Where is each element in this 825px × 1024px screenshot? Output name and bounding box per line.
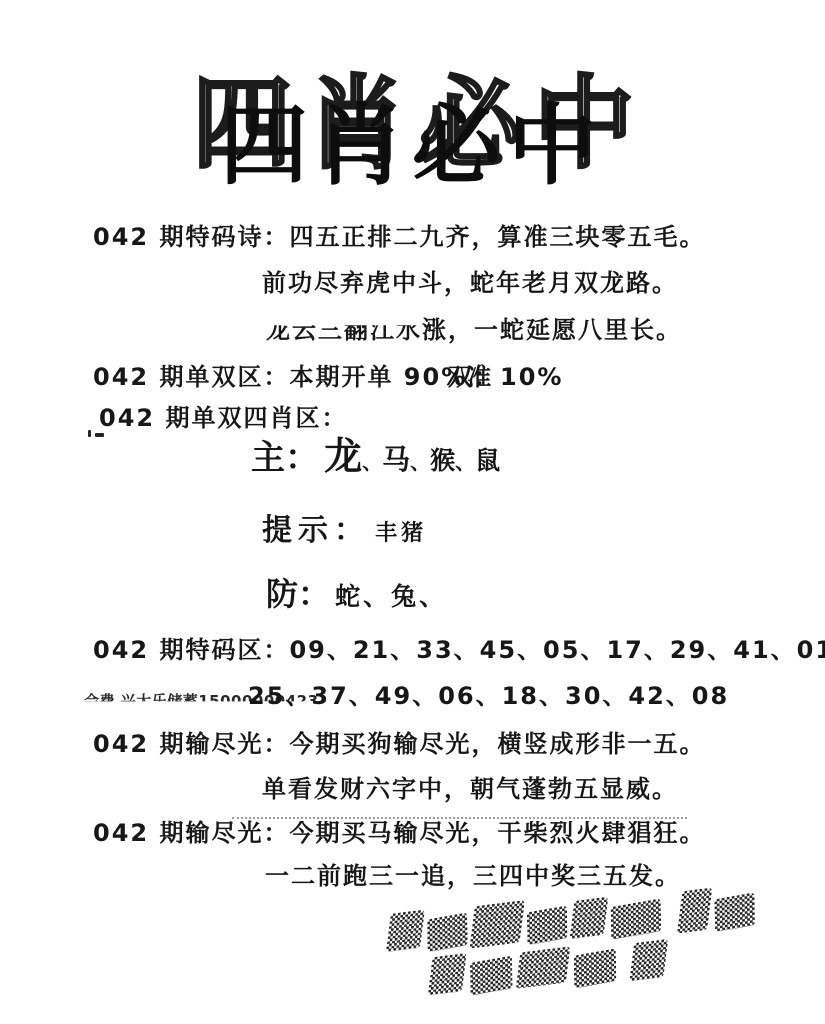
censored-chunk — [428, 953, 467, 996]
special-numbers-clear: 09、21、33、45、 — [289, 636, 543, 664]
guard-value: 蛇、兔、 — [335, 582, 447, 611]
zhu-animal-dragon: 龙 — [324, 434, 362, 478]
tip-sheet-page: 四肖必中 四肖必中 042 期特码诗：四五正排二九齐，算准三块零五毛。 前功尽弃… — [0, 0, 825, 1024]
zhu-sep-3: 、 — [455, 450, 475, 474]
special-number-line-1: 042 期特码区：09、21、33、45、05、17、29、41、01、13、 — [93, 635, 825, 665]
censored-chunk — [427, 912, 468, 952]
zhu-animal-monkey: 猴 — [430, 446, 455, 475]
four-zodiac-label: 042 期单双四肖区： — [99, 403, 347, 433]
poem-line-2: 前功尽弃虎中斗，蛇年老月双龙路。 — [262, 268, 678, 298]
zhu-sep-2: 、 — [410, 450, 430, 474]
censored-chunk — [469, 900, 525, 949]
censored-chunk — [386, 910, 425, 953]
hint-label: 提示： — [262, 513, 370, 548]
losing-poem-2-verse-1: 今期买马输尽光，干柴烈火肆猖狂。 — [289, 818, 705, 848]
guard-label: 防： — [266, 575, 330, 613]
censored-chunk — [470, 955, 513, 995]
special-number-line-2: 25、37、49、06、18、30、42、08 — [248, 681, 729, 711]
poem-line-1: 042 期特码诗：四五正排二九齐，算准三块零五毛。 — [93, 222, 705, 252]
censored-text-block-1 — [387, 885, 761, 953]
odd-even-label: 042 期单双区： — [93, 363, 289, 391]
censored-chunk — [574, 948, 617, 988]
zhu-sep-1: 、 — [362, 450, 382, 474]
censored-chunk — [516, 946, 571, 988]
poem-verse-3-faded: 龙云三翻江水 — [266, 315, 422, 345]
censored-chunk — [677, 888, 712, 934]
poem-verse-3-rest: 涨，一蛇延愿八里长。 — [422, 316, 682, 344]
poem-line-3: 龙云三翻江水涨，一蛇延愿八里长。 — [266, 315, 682, 345]
poem-verse-2: 前功尽弃虎中斗，蛇年老月双龙路。 — [262, 269, 678, 297]
losing-poem-2-label: 042 期输尽光： — [93, 819, 289, 847]
losing-poem-1-line-1: 042 期输尽光：今期买狗输尽光，横竖成形非一五。 — [93, 729, 705, 759]
guard-line: 防： 蛇、兔、 — [266, 578, 447, 610]
censored-chunk — [569, 897, 608, 940]
censored-chunk — [714, 892, 755, 932]
censored-chunk — [527, 905, 568, 945]
poem-verse-1: 四五正排二九齐，算准三块零五毛。 — [289, 223, 705, 251]
headline-solid-text: 四肖必中 — [220, 102, 604, 190]
losing-poem-2-line-2: 一二前跑三一追，三四中奖三五发。 — [265, 861, 681, 891]
censored-chunk — [629, 939, 668, 982]
losing-poem-1-label: 042 期输尽光： — [93, 730, 289, 758]
zhu-line: 主： 龙、马、猴、鼠 — [251, 437, 500, 475]
losing-poem-1-verse-1: 今期买狗输尽光，横竖成形非一五。 — [289, 730, 705, 758]
special-number-label: 042 期特码区： — [93, 636, 289, 664]
zhu-animal-horse: 马 — [382, 443, 410, 476]
even-percent: 双：10% — [448, 362, 563, 392]
zhu-label: 主： — [251, 438, 319, 478]
hint-value: 丰猪 — [375, 521, 427, 546]
losing-poem-1-line-2: 单看发财六字中，朝气蓬勃五显威。 — [262, 774, 678, 804]
censored-chunk — [611, 898, 662, 940]
special-numbers-faded: 05、17、29、41、01、13、 — [543, 635, 825, 665]
poem-label: 042 期特码诗： — [93, 223, 289, 251]
zhu-animal-rat: 鼠 — [475, 446, 500, 475]
censored-text-block-2 — [429, 940, 673, 995]
losing-poem-2-line-1: 042 期输尽光：今期买马输尽光，干柴烈火肆猖狂。 — [93, 818, 705, 848]
odd-even-line: 042 期单双区：本期开单 90%准 — [93, 362, 493, 392]
hint-line: 提示： 丰猪 — [262, 516, 427, 546]
